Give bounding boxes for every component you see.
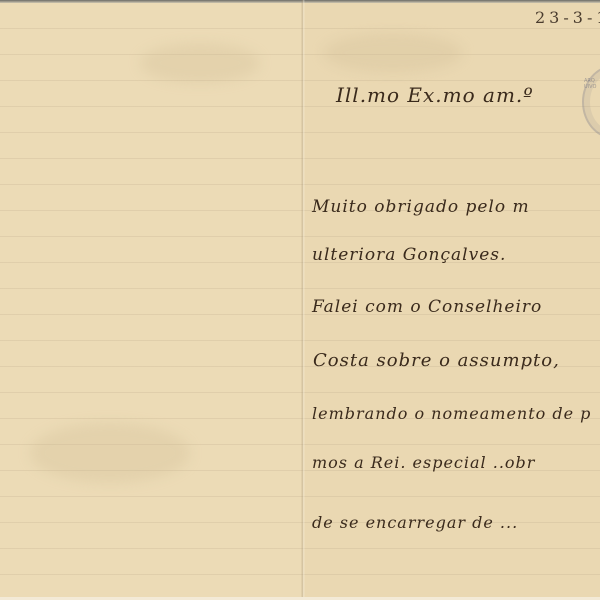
letter-line: ulteriora Gonçalves.: [312, 245, 506, 265]
letter-line: mos a Rei. especial ..obr: [312, 453, 535, 472]
paper-fold-crease: [301, 0, 305, 600]
paper-stain: [140, 43, 260, 83]
letter-line: Costa sobre o assumpto,: [313, 350, 560, 371]
letter-left-page: [0, 3, 303, 597]
letter-line: Falei com o Conselheiro: [312, 297, 542, 317]
letter-line: lembrando o nomeamento de p: [312, 404, 591, 423]
paper-stain: [30, 423, 190, 483]
letter-salutation: Ill.mo Ex.mo am.º: [336, 83, 534, 107]
letter-line: Muito obrigado pelo m: [312, 197, 530, 217]
archive-stamp-text: ARQUIVO: [584, 78, 598, 90]
paper-stain: [323, 33, 463, 73]
letter-date: 23-3-1: [535, 8, 600, 27]
letter-line: de se encarregar de ...: [312, 513, 518, 532]
